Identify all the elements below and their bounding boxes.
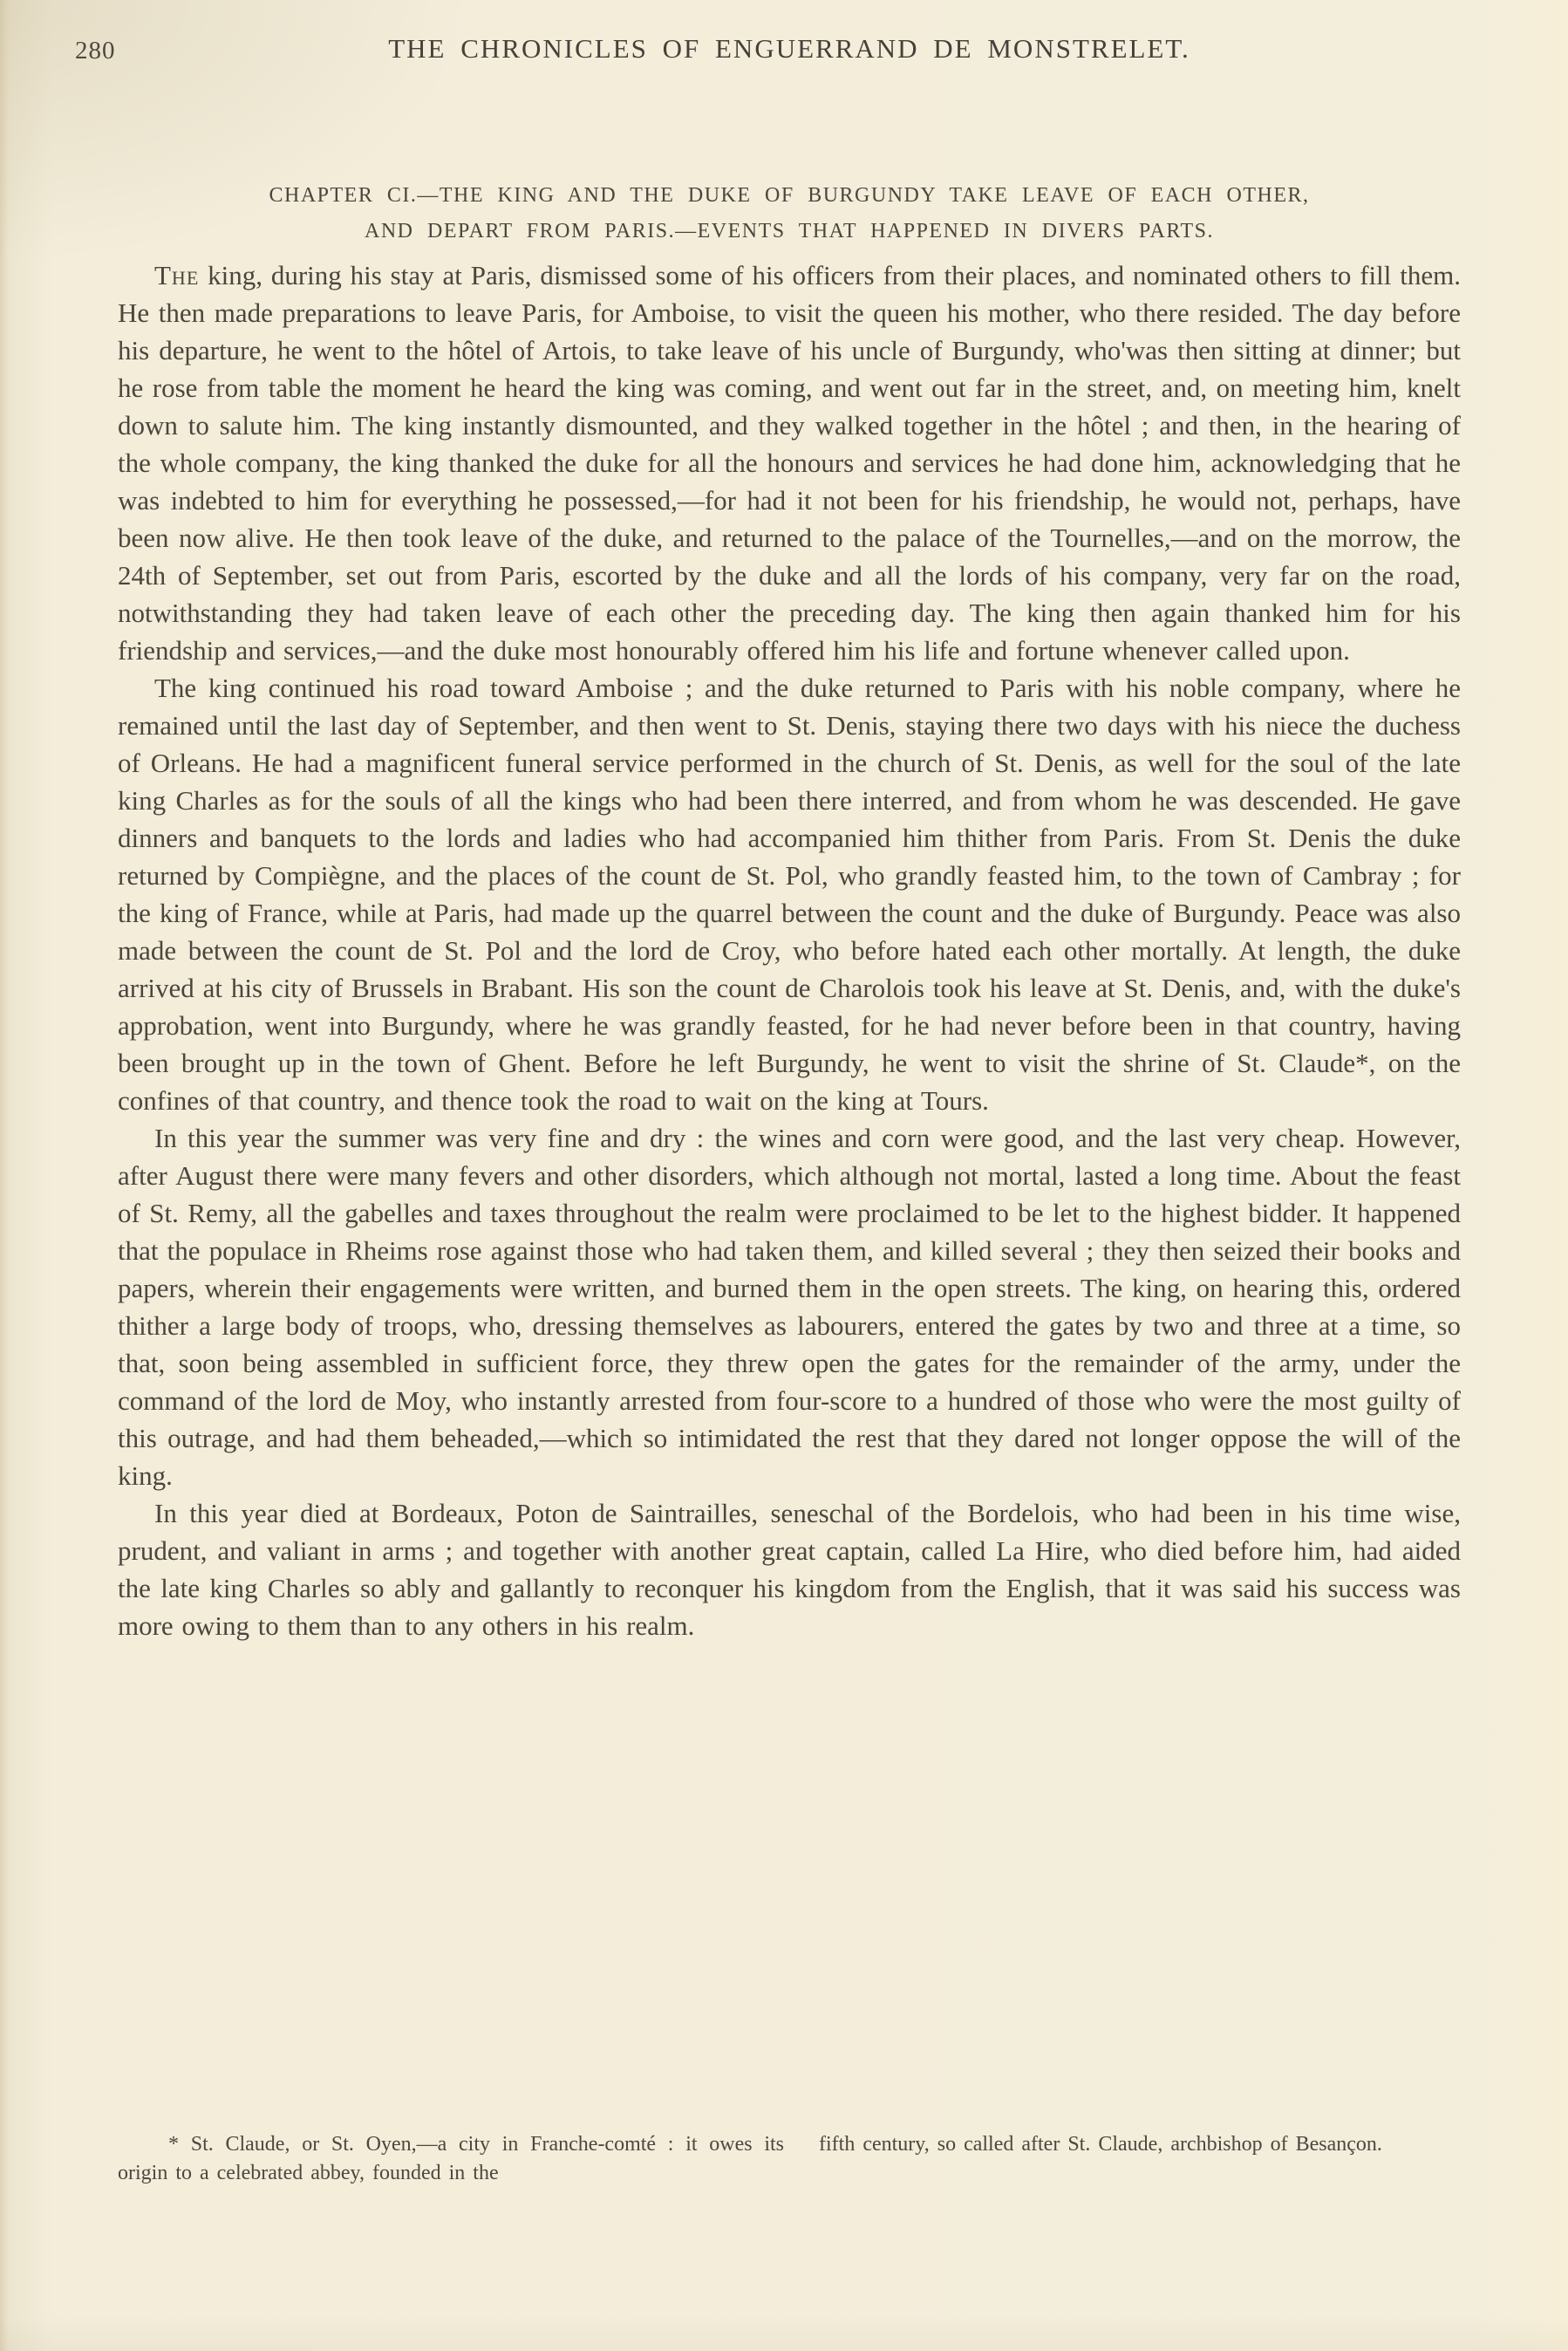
paragraph-lead-word: The [154,260,199,290]
running-title: THE CHRONICLES OF ENGUERRAND DE MONSTREL… [118,33,1461,65]
paragraph: The king, during his stay at Paris, dism… [118,256,1461,669]
paragraph: The king continued his road toward Amboi… [118,669,1461,1119]
footnote: * St. Claude, or St. Oyen,—a city in Fra… [118,2130,1485,2188]
page-number: 280 [75,37,116,65]
body-text: The king, during his stay at Paris, dism… [118,256,1461,1644]
book-page: 280 THE CHRONICLES OF ENGUERRAND DE MONS… [0,0,1568,2351]
chapter-heading-line1: CHAPTER CI.—THE KING AND THE DUKE OF BUR… [118,178,1461,214]
chapter-heading: CHAPTER CI.—THE KING AND THE DUKE OF BUR… [118,178,1461,249]
paragraph: In this year died at Bordeaux, Poton de … [118,1494,1461,1644]
chapter-heading-line2: AND DEPART FROM PARIS.—EVENTS THAT HAPPE… [118,214,1461,249]
footnote-right-column: fifth century, so called after St. Claud… [819,2130,1485,2188]
paragraph: In this year the summer was very fine an… [118,1119,1461,1494]
footnote-left-column: * St. Claude, or St. Oyen,—a city in Fra… [118,2130,784,2188]
